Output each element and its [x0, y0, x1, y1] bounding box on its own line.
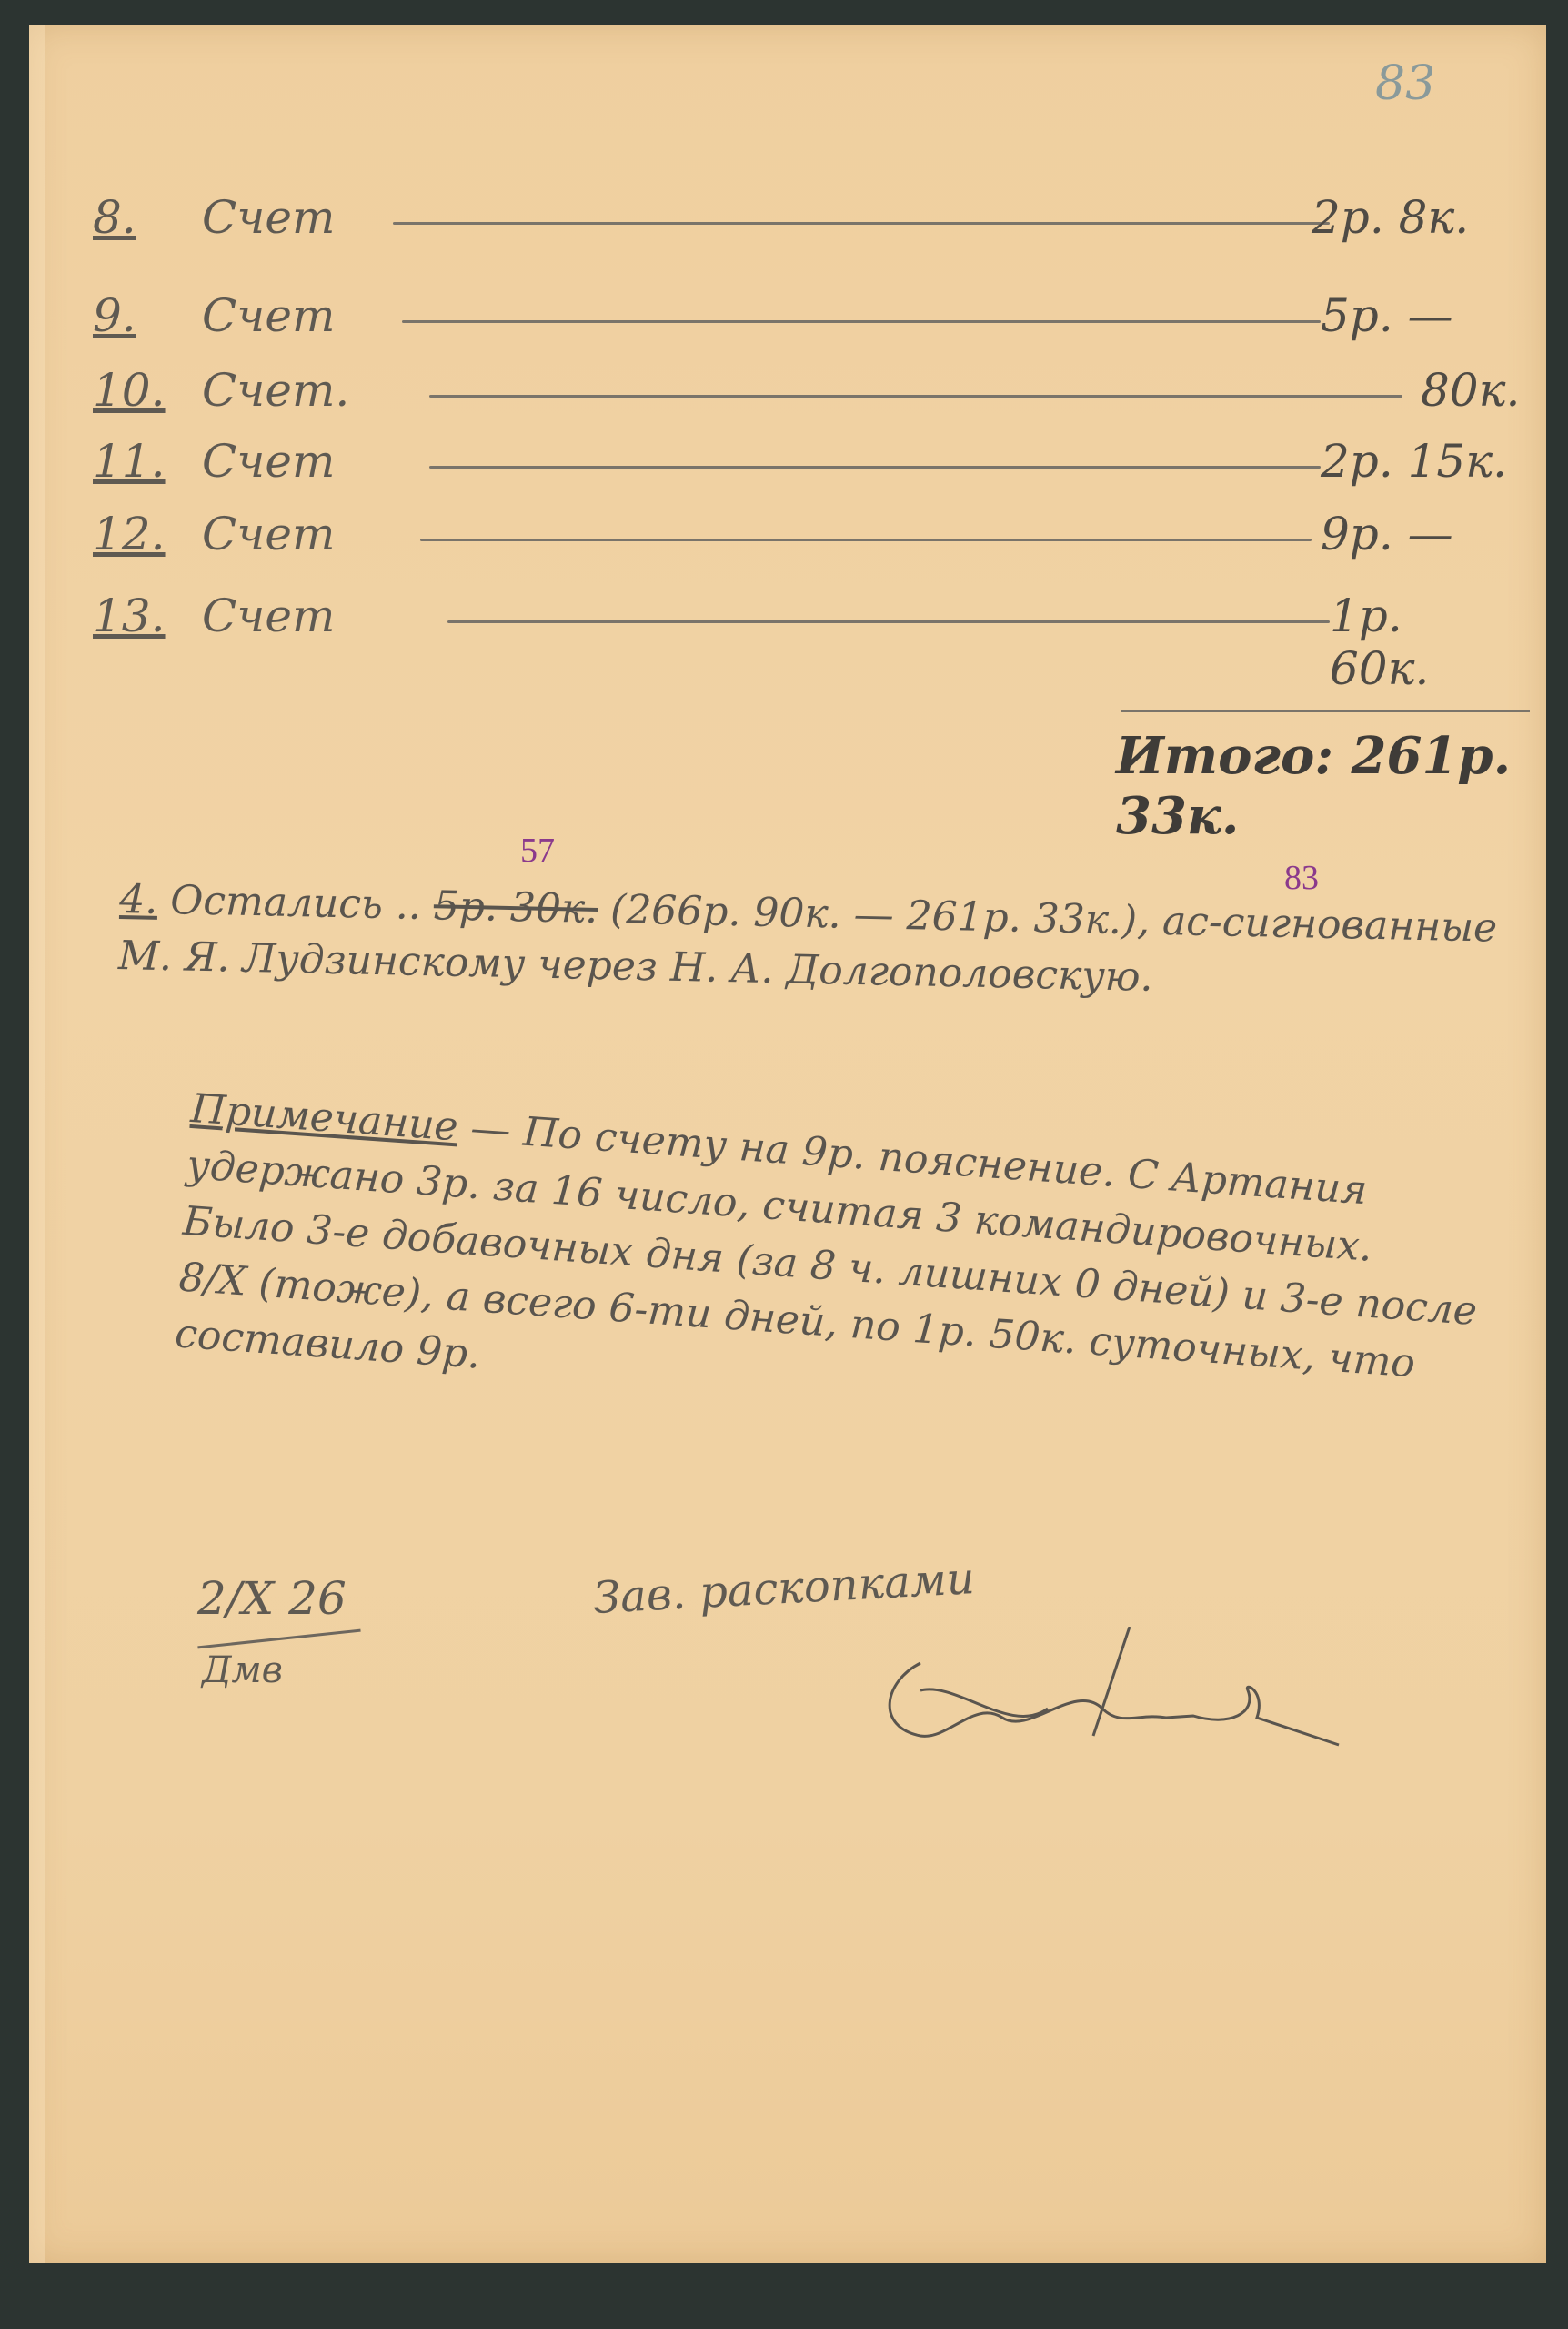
section-number: 4. — [119, 876, 158, 923]
entry-row: 13. Счет 1р. 60к. — [93, 590, 1512, 644]
formula: (266р. 90к. — 261р. 33к.) — [610, 886, 1138, 943]
entry-number: 8. — [93, 191, 136, 244]
entry-number: 11. — [93, 435, 166, 488]
entry-number: 10. — [93, 364, 166, 417]
leader-line — [402, 320, 1321, 323]
date-subscript: Дмв — [202, 1649, 283, 1691]
folio-number: 83 — [1375, 56, 1435, 111]
total-amount: Итого: 261р. 33к. — [1116, 726, 1546, 846]
signature-caption: Зав. раскопками — [592, 1553, 976, 1624]
total-rule — [1121, 710, 1530, 712]
entry-row: 9. Счет 5р. — — [93, 289, 1512, 344]
entry-label: Счет — [202, 191, 335, 244]
leader-line — [429, 395, 1402, 398]
note-text: — По счету на 9р. пояснение. С Артания у… — [174, 1104, 1479, 1386]
section-text-start: Остались .. — [170, 877, 422, 929]
entry-amount: 1р. 60к. — [1330, 590, 1512, 695]
entry-row: 8. Счет 2р. 8к. — [93, 191, 1512, 246]
entry-label: Счет — [202, 508, 335, 560]
entry-number: 13. — [93, 590, 166, 642]
entry-amount: 9р. — — [1321, 508, 1453, 560]
date: 2/X 26 — [197, 1572, 347, 1625]
struck-amount: 5р. 30к. — [433, 882, 598, 933]
entry-label: Счет. — [202, 364, 349, 417]
entry-amount: 2р. 8к. — [1312, 191, 1469, 244]
note-label: Примечание — [189, 1085, 459, 1150]
entry-label: Счет — [202, 590, 335, 642]
entry-amount: 5р. — — [1321, 289, 1453, 342]
leader-line — [420, 539, 1312, 541]
entry-row: 12. Счет 9р. — — [93, 508, 1512, 562]
correction-83: 83 — [1284, 858, 1319, 898]
entry-number: 12. — [93, 508, 166, 560]
leader-line — [447, 620, 1330, 623]
entry-label: Счет — [202, 435, 335, 488]
entry-amount: 2р. 15к. — [1321, 435, 1507, 488]
entry-label: Счет — [202, 289, 335, 342]
leader-line — [393, 222, 1330, 225]
document-page: 83 8. Счет 2р. 8к. 9. Счет 5р. — 10. Сче… — [29, 25, 1546, 2263]
entry-row: 10. Счет. 80к. — [93, 364, 1512, 418]
entry-amount: 80к. — [1421, 364, 1520, 417]
correction-57: 57 — [520, 831, 555, 871]
signature — [866, 1627, 1357, 1754]
note-paragraph: Примечание — По счету на 9р. пояснение. … — [173, 1081, 1499, 1454]
entry-number: 9. — [93, 289, 136, 342]
date-underline — [197, 1629, 360, 1649]
entry-row: 11. Счет 2р. 15к. — [93, 435, 1512, 489]
leader-line — [429, 466, 1321, 469]
